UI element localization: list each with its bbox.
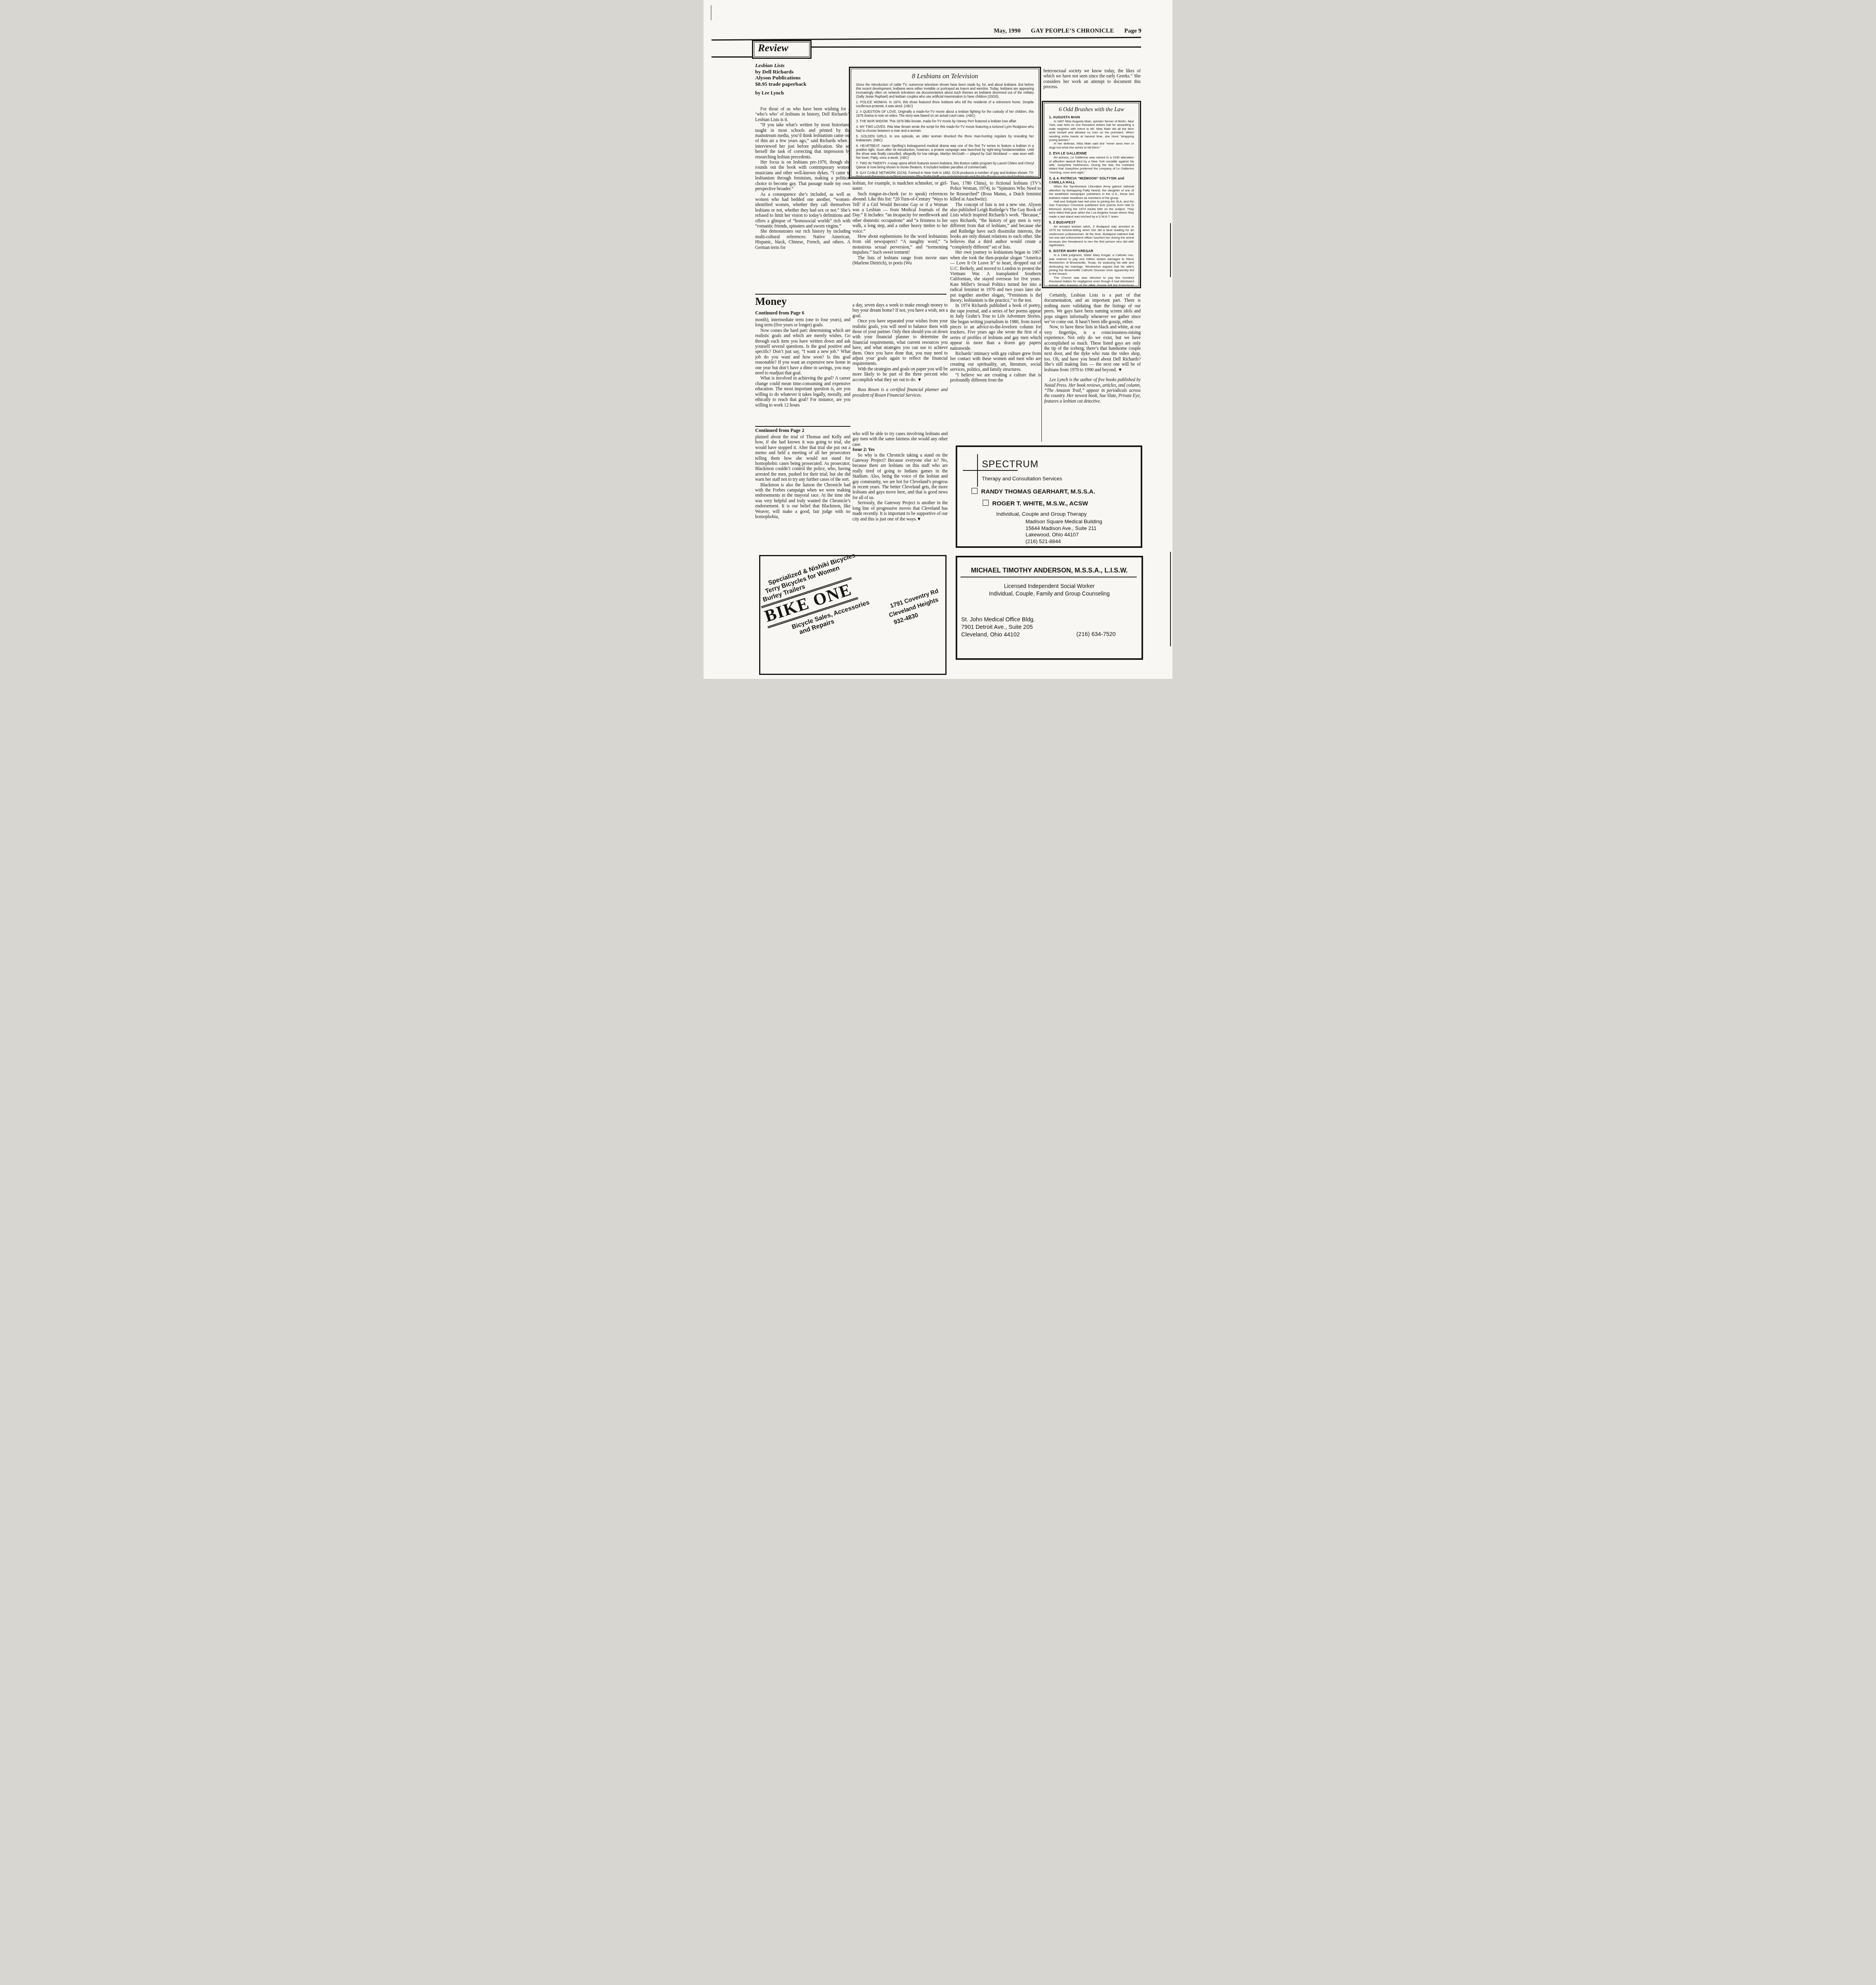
tv-list-intro: Since the introduction of cable TV, nume… bbox=[856, 83, 1034, 98]
law-item-paragraph: The Church was also directed to pay five… bbox=[1049, 276, 1134, 286]
review-column-1: For those of us who have been wishing fo… bbox=[755, 106, 850, 293]
spectrum-provider-row: ROGER T. WHITE, M.S.W., ACSW bbox=[983, 500, 1088, 507]
money-signoff: Russ Rosen is a certified financial plan… bbox=[852, 387, 948, 398]
spectrum-ad-tagline: Therapy and Consultation Services bbox=[982, 476, 1062, 482]
money-section-rule bbox=[755, 294, 947, 295]
paragraph: As a consequence she’s included, as well… bbox=[755, 192, 850, 229]
paragraph: In 1974 Richards published a book of poe… bbox=[950, 303, 1041, 351]
provider-name: RANDY THOMAS GEARHART, M.S.S.A. bbox=[981, 488, 1095, 495]
tv-list-item: 4. MY TWO LOVES. Rita Mae Brown wrote th… bbox=[856, 125, 1034, 133]
paragraph: lesbian, for example, is madchen schmeke… bbox=[852, 181, 948, 191]
paragraph: Blackmon is also the liaison the Chronic… bbox=[755, 482, 850, 520]
book-title: Lesbian Lists bbox=[755, 62, 850, 69]
anderson-ad-name: MICHAEL TIMOTHY ANDERSON, M.S.S.A., L.I.… bbox=[957, 567, 1141, 574]
address-line: 15644 Madison Ave., Suite 211 bbox=[1026, 525, 1102, 532]
page2-section-rule bbox=[755, 426, 850, 427]
kicker-rule-right bbox=[811, 46, 1141, 48]
paragraph: Certainly, Lesbian Lists is a part of th… bbox=[1044, 293, 1141, 324]
address-line: Madison Square Medical Building bbox=[1026, 518, 1102, 525]
spectrum-ad-name: SPECTRUM bbox=[982, 459, 1039, 470]
scan-tick bbox=[711, 5, 711, 20]
paragraph: She demonstrates our rich history by inc… bbox=[755, 229, 850, 250]
phone-line: (216) 521-8844 bbox=[1026, 538, 1102, 545]
paragraph: Once you have separated your wishes from… bbox=[852, 318, 948, 366]
page2-column-1: plained about the trial of Thomas and Ke… bbox=[755, 434, 850, 553]
anderson-subtitle-2: Individual, Couple, Family and Group Cou… bbox=[957, 590, 1141, 597]
paragraph: who will be able to try cases involving … bbox=[852, 431, 948, 447]
header-masthead: GAY PEOPLE’S CHRONICLE bbox=[1031, 28, 1114, 34]
law-item-paragraph: In a 1988 judgment, Sister Mary Kregar, … bbox=[1049, 253, 1134, 276]
author-bio: Lee Lynch is the author of five books pu… bbox=[1044, 377, 1141, 404]
law-item-heading: 2. EVA LE GALLIENNE bbox=[1049, 151, 1134, 155]
review-column-4-bottom: Certainly, Lesbian Lists is a part of th… bbox=[1044, 293, 1141, 443]
spectrum-provider-row: RANDY THOMAS GEARHART, M.S.S.A. bbox=[972, 488, 1095, 495]
tv-list-item: 5. GOLDEN GIRLS. In one episode, an olde… bbox=[856, 134, 1034, 142]
paragraph: What is involved in achieving the goal? … bbox=[755, 376, 850, 407]
checkbox-icon bbox=[972, 488, 978, 494]
paragraph: “If you take what’s written by most hist… bbox=[755, 122, 850, 160]
page-edge-line-upper bbox=[1170, 223, 1171, 277]
paragraph: Seriously, the Gateway Project is anothe… bbox=[852, 500, 948, 522]
anderson-double-rule bbox=[960, 576, 1137, 578]
review-kicker-label: Review bbox=[758, 42, 789, 54]
paragraph: plained about the trial of Thomas and Ke… bbox=[755, 434, 850, 482]
paragraph: “I believe we are creating a culture tha… bbox=[950, 372, 1041, 383]
paragraph: How about euphemisms for the word lesbia… bbox=[852, 234, 948, 255]
bike-one-ad: Specialized & Nishiki Bicycles Terry Bic… bbox=[759, 555, 947, 675]
spectrum-services-line: Individual, Couple and Group Therapy bbox=[996, 511, 1087, 517]
address-line: 7901 Detroit Ave., Suite 205 bbox=[961, 624, 1035, 631]
paragraph: So why is the Chronicle taking a stand o… bbox=[852, 453, 948, 501]
book-publisher: Alyson Publications bbox=[755, 75, 850, 81]
header-date: May, 1990 bbox=[994, 28, 1021, 34]
anderson-phone: (216) 634-7520 bbox=[1076, 631, 1116, 638]
tv-list-item: 3. THE WAR WIDOW. This 1976 little-known… bbox=[856, 119, 1034, 123]
spectrum-cross-horizontal-rule bbox=[963, 470, 1018, 471]
book-info: Lesbian Lists by Dell Richards Alyson Pu… bbox=[755, 62, 850, 87]
money-column-1: month), intermediate term (one to four y… bbox=[755, 317, 850, 427]
paragraph: The lists of lesbians range from movie s… bbox=[852, 255, 948, 266]
address-line: Lakewood, Ohio 44107 bbox=[1026, 532, 1102, 538]
review-column-4-top: heterosexual society we know today, the … bbox=[1043, 68, 1141, 100]
address-line: St. John Medical Office Bldg. bbox=[961, 616, 1035, 624]
paragraph: Now comes the hard part: determining whi… bbox=[755, 328, 850, 376]
review-column-2: lesbian, for example, is madchen schmeke… bbox=[852, 181, 948, 293]
address-line: Cleveland, Ohio 44102 bbox=[961, 631, 1035, 639]
anderson-subtitle-1: Licensed Independent Social Worker bbox=[957, 583, 1141, 589]
tv-list-box: 8 Lesbians on Television Since the intro… bbox=[849, 67, 1041, 179]
law-item-heading: 6. SISTER MARY KREGAR bbox=[1049, 249, 1134, 253]
issue-heading: Issue 2: Yes bbox=[852, 447, 948, 452]
paragraph: Her own journey to lesbianism began in 1… bbox=[950, 250, 1041, 303]
newspaper-page: May, 1990 GAY PEOPLE’S CHRONICLE Page 9 … bbox=[704, 0, 1172, 679]
law-item-heading: 5. Z BUDAPEST bbox=[1049, 220, 1134, 224]
law-list-title: 6 Odd Brushes with the Law bbox=[1049, 106, 1134, 113]
paragraph: Now, to have these lists in black and wh… bbox=[1044, 324, 1141, 372]
paragraph: The concept of lists is not a new one. A… bbox=[950, 202, 1041, 250]
review-kicker-box: Review bbox=[752, 40, 812, 59]
book-author: by Dell Richards bbox=[755, 69, 850, 75]
tv-list-box-inner: 8 Lesbians on Television Since the intro… bbox=[851, 69, 1039, 177]
page-edge-line-lower bbox=[1170, 552, 1171, 646]
header-page-number: Page 9 bbox=[1124, 28, 1141, 34]
tv-list-item: 2. A QUESTION OF LOVE. Originally a made… bbox=[856, 110, 1034, 118]
tv-list-item: 7. TWO IN TWENTY. A soap opera which fea… bbox=[856, 161, 1034, 169]
law-list-box-inner: 6 Odd Brushes with the Law 1. AUGUSTA MA… bbox=[1044, 103, 1139, 286]
paragraph: For those of us who have been wishing fo… bbox=[755, 106, 850, 122]
review-byline: by Lee Lynch bbox=[755, 90, 784, 96]
page2-continued-label: Continued from Page 2 bbox=[755, 428, 804, 434]
money-column-2: a day, seven days a week to make enough … bbox=[852, 303, 948, 427]
kicker-rule-left bbox=[711, 56, 753, 58]
law-item-heading: 3. & 4. PATRICIA “MIZMOON” SOLTYSIK and … bbox=[1049, 176, 1134, 184]
spectrum-ad: SPECTRUM Therapy and Consultation Servic… bbox=[956, 445, 1142, 548]
paragraph: Tsao, 1780 China), to fictional lesbians… bbox=[950, 181, 1041, 202]
law-item-paragraph: An actress, Le Gallienne was named in a … bbox=[1049, 156, 1134, 174]
paragraph: a day, seven days a week to make enough … bbox=[852, 303, 948, 318]
law-list-box: 6 Odd Brushes with the Law 1. AUGUSTA MA… bbox=[1042, 101, 1141, 288]
spectrum-address: Madison Square Medical Building 15644 Ma… bbox=[1026, 518, 1102, 545]
money-continued-label: Continued from Page 6 bbox=[755, 310, 804, 316]
provider-name: ROGER T. WHITE, M.S.W., ACSW bbox=[992, 500, 1088, 507]
law-item-paragraph: In 1897 Miss Augusta Main, spinster farm… bbox=[1049, 119, 1134, 142]
review-column-3: Tsao, 1780 China), to fictional lesbians… bbox=[950, 181, 1041, 441]
paragraph: month), intermediate term (one to four y… bbox=[755, 317, 850, 328]
paragraph: Such tongue-in-cheek (so to speak) refer… bbox=[852, 191, 948, 234]
paragraph: heterosexual society we know today, the … bbox=[1043, 68, 1141, 90]
page-header: May, 1990 GAY PEOPLE’S CHRONICLE Page 9 bbox=[985, 28, 1141, 35]
money-section-title: Money bbox=[755, 295, 787, 308]
tv-list-item: 1. POLICE WOMAN. In 1974, this show feat… bbox=[856, 100, 1034, 108]
tv-list-item: 8. GAY CABLE NETWORK (GCN). Formed in Ne… bbox=[856, 171, 1034, 177]
paragraph: Richards’ intimacy with gay culture grew… bbox=[950, 351, 1041, 372]
tv-list-title: 8 Lesbians on Television bbox=[856, 72, 1034, 80]
law-item-paragraph: An avowed lesbian witch, Z Budapest was … bbox=[1049, 225, 1134, 247]
paragraph: Her focus is on lesbians pre-1970, thoug… bbox=[755, 160, 850, 191]
page2-column-2: who will be able to try cases involving … bbox=[852, 431, 948, 554]
book-price: $8.95 trade paperback bbox=[755, 81, 850, 87]
checkbox-icon bbox=[983, 500, 989, 506]
law-item-paragraph: Hall and Soltysik had met prior to joini… bbox=[1049, 200, 1134, 218]
anderson-ad: MICHAEL TIMOTHY ANDERSON, M.S.S.A., L.I.… bbox=[956, 556, 1143, 660]
paragraph: With the strategies and goals on paper y… bbox=[852, 366, 948, 382]
tv-list-item: 6. HEARTBEAT. Aaron Spelling’s beleaguer… bbox=[856, 144, 1034, 160]
column-divider bbox=[1041, 293, 1042, 442]
law-item-paragraph: When the Symbionese Liberation Army gain… bbox=[1049, 185, 1134, 200]
law-item-heading: 1. AUGUSTA MAIN bbox=[1049, 115, 1134, 119]
law-item-paragraph: In her defense, Miss Main said she “neve… bbox=[1049, 142, 1134, 149]
anderson-address: St. John Medical Office Bldg. 7901 Detro… bbox=[961, 616, 1035, 639]
